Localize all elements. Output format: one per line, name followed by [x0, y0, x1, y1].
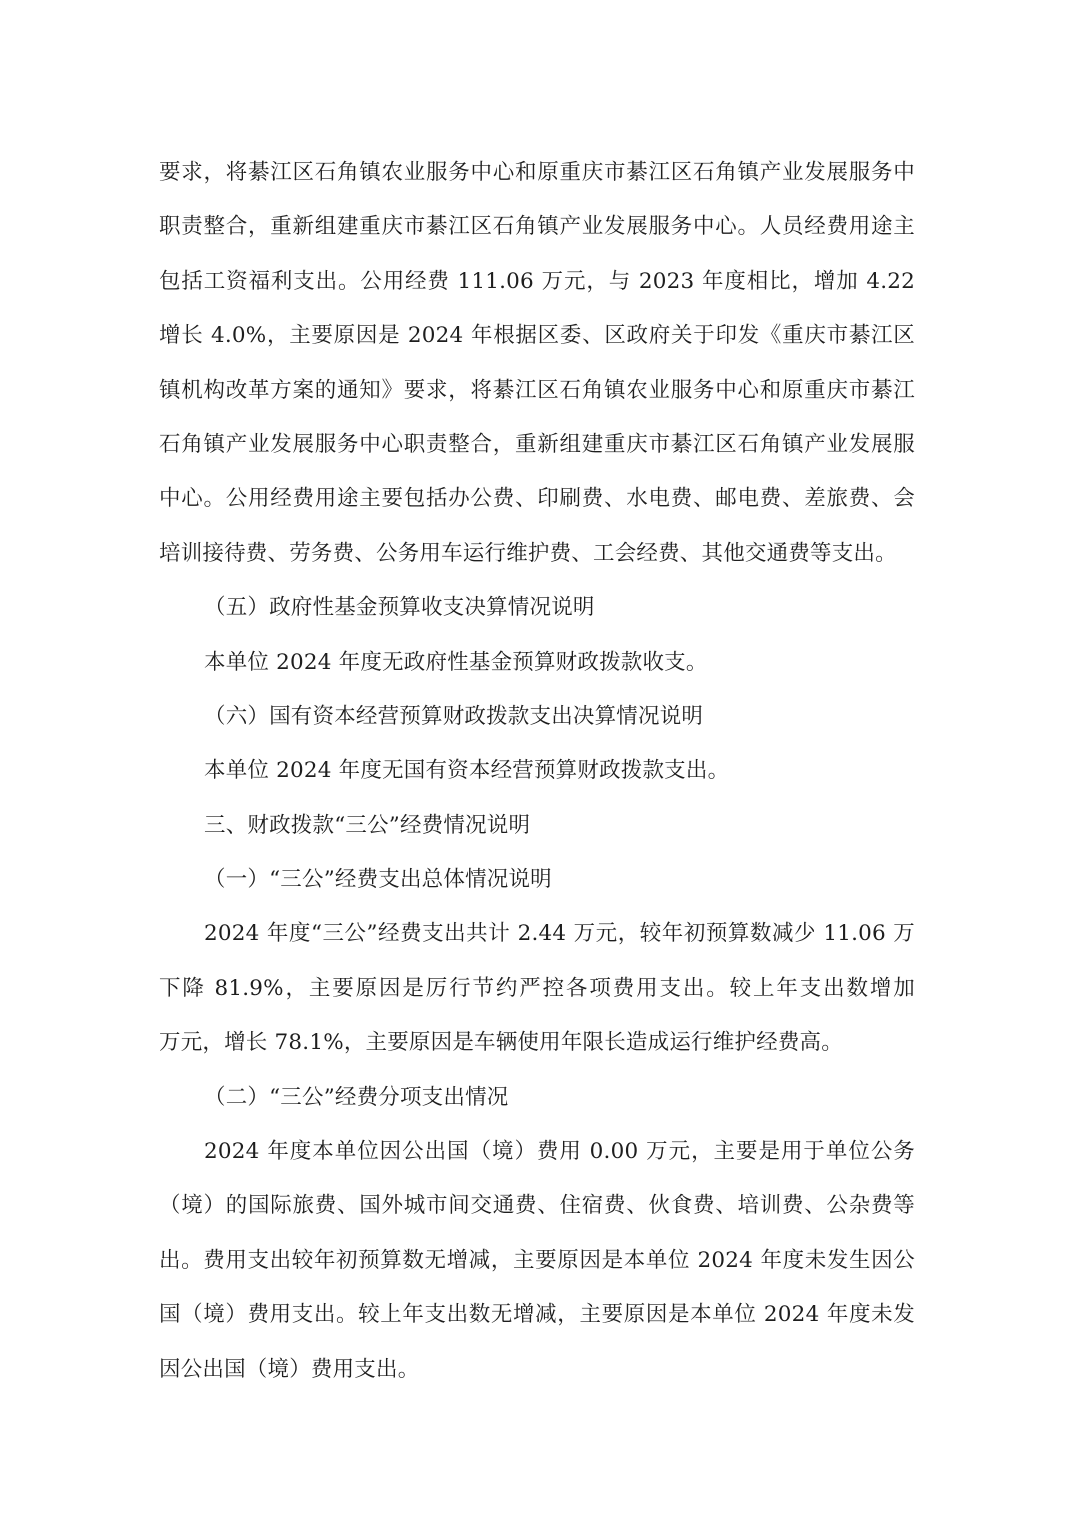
document-line: 职责整合，重新组建重庆市綦江区石角镇产业发展服务中心。人员经费用途主要 [159, 200, 915, 254]
document-line: 万元，增长 78.1%，主要原因是车辆使用年限长造成运行维护经费高。 [159, 1016, 915, 1070]
document-line: 本单位 2024 年度无国有资本经营预算财政拨款支出。 [159, 744, 915, 798]
document-line: 下降 81.9%，主要原因是厉行节约严控各项费用支出。较上年支出数增加 1.07 [159, 962, 915, 1016]
document-line: （境）的国际旅费、国外城市间交通费、住宿费、伙食费、培训费、公杂费等支 [159, 1179, 915, 1233]
document-line: 出。费用支出较年初预算数无增减，主要原因是本单位 2024 年度未发生因公出 [159, 1234, 915, 1288]
document-line: （五）政府性基金预算收支决算情况说明 [159, 581, 915, 635]
document-line: 中心。公用经费用途主要包括办公费、印刷费、水电费、邮电费、差旅费、会议 [159, 472, 915, 526]
document-line: 培训接待费、劳务费、公务用车运行维护费、工会经费、其他交通费等支出。 [159, 527, 915, 581]
document-line: 石角镇产业发展服务中心职责整合，重新组建重庆市綦江区石角镇产业发展服务 [159, 418, 915, 472]
document-body: 要求，将綦江区石角镇农业服务中心和原重庆市綦江区石角镇产业发展服务中心职责整合，… [159, 146, 915, 1397]
document-line: 国（境）费用支出。较上年支出数无增减，主要原因是本单位 2024 年度未发生 [159, 1288, 915, 1342]
document-line: 镇机构改革方案的通知》要求，将綦江区石角镇农业服务中心和原重庆市綦江区 [159, 364, 915, 418]
document-line: 包括工资福利支出。公用经费 111.06 万元，与 2023 年度相比，增加 4… [159, 255, 915, 309]
document-line: 要求，将綦江区石角镇农业服务中心和原重庆市綦江区石角镇产业发展服务中心 [159, 146, 915, 200]
document-line: 增长 4.0%，主要原因是 2024 年根据区委、区政府关于印发《重庆市綦江区石… [159, 309, 915, 363]
document-line: 2024 年度本单位因公出国（境）费用 0.00 万元，主要是用于单位公务出国 [159, 1125, 915, 1179]
document-line: （二）“三公”经费分项支出情况 [159, 1071, 915, 1125]
document-line: （六）国有资本经营预算财政拨款支出决算情况说明 [159, 690, 915, 744]
document-line: 本单位 2024 年度无政府性基金预算财政拨款收支。 [159, 636, 915, 690]
document-line: 因公出国（境）费用支出。 [159, 1343, 915, 1397]
document-line: 2024 年度“三公”经费支出共计 2.44 万元，较年初预算数减少 11.06… [159, 907, 915, 961]
document-page: 要求，将綦江区石角镇农业服务中心和原重庆市綦江区石角镇产业发展服务中心职责整合，… [0, 0, 1074, 1520]
document-line: 三、财政拨款“三公”经费情况说明 [159, 799, 915, 853]
document-line: （一）“三公”经费支出总体情况说明 [159, 853, 915, 907]
